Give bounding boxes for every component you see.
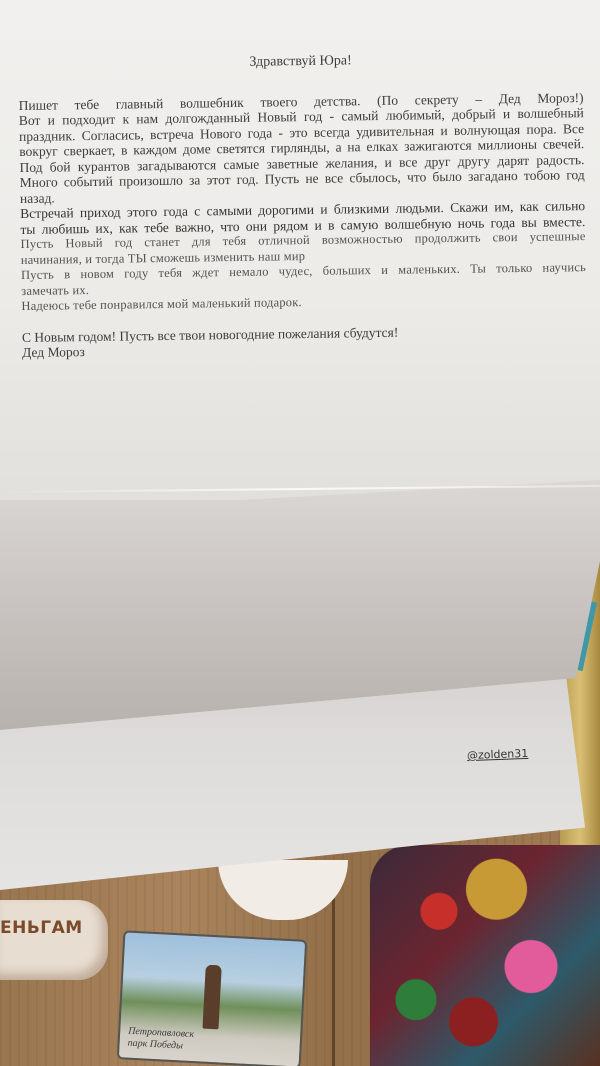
fridge-magnet: Петропавловск парк Победы [117,930,307,1066]
paragraph-1: Пишет тебе главный волшебник твоего детс… [19,90,585,206]
candy-pile [370,845,600,1066]
souvenir-label: ЕНЬГАМ [0,918,83,938]
letter-body: Здравствуй Юра! Пишет тебе главный волше… [18,50,587,360]
souvenir-figure [0,900,108,980]
author-watermark: @zolden31 [467,747,529,762]
paragraph-3: Пусть Новый год станет для тебя отличной… [20,229,586,314]
statue-icon [202,965,221,1030]
magnet-caption: Петропавловск парк Победы [127,1026,194,1053]
